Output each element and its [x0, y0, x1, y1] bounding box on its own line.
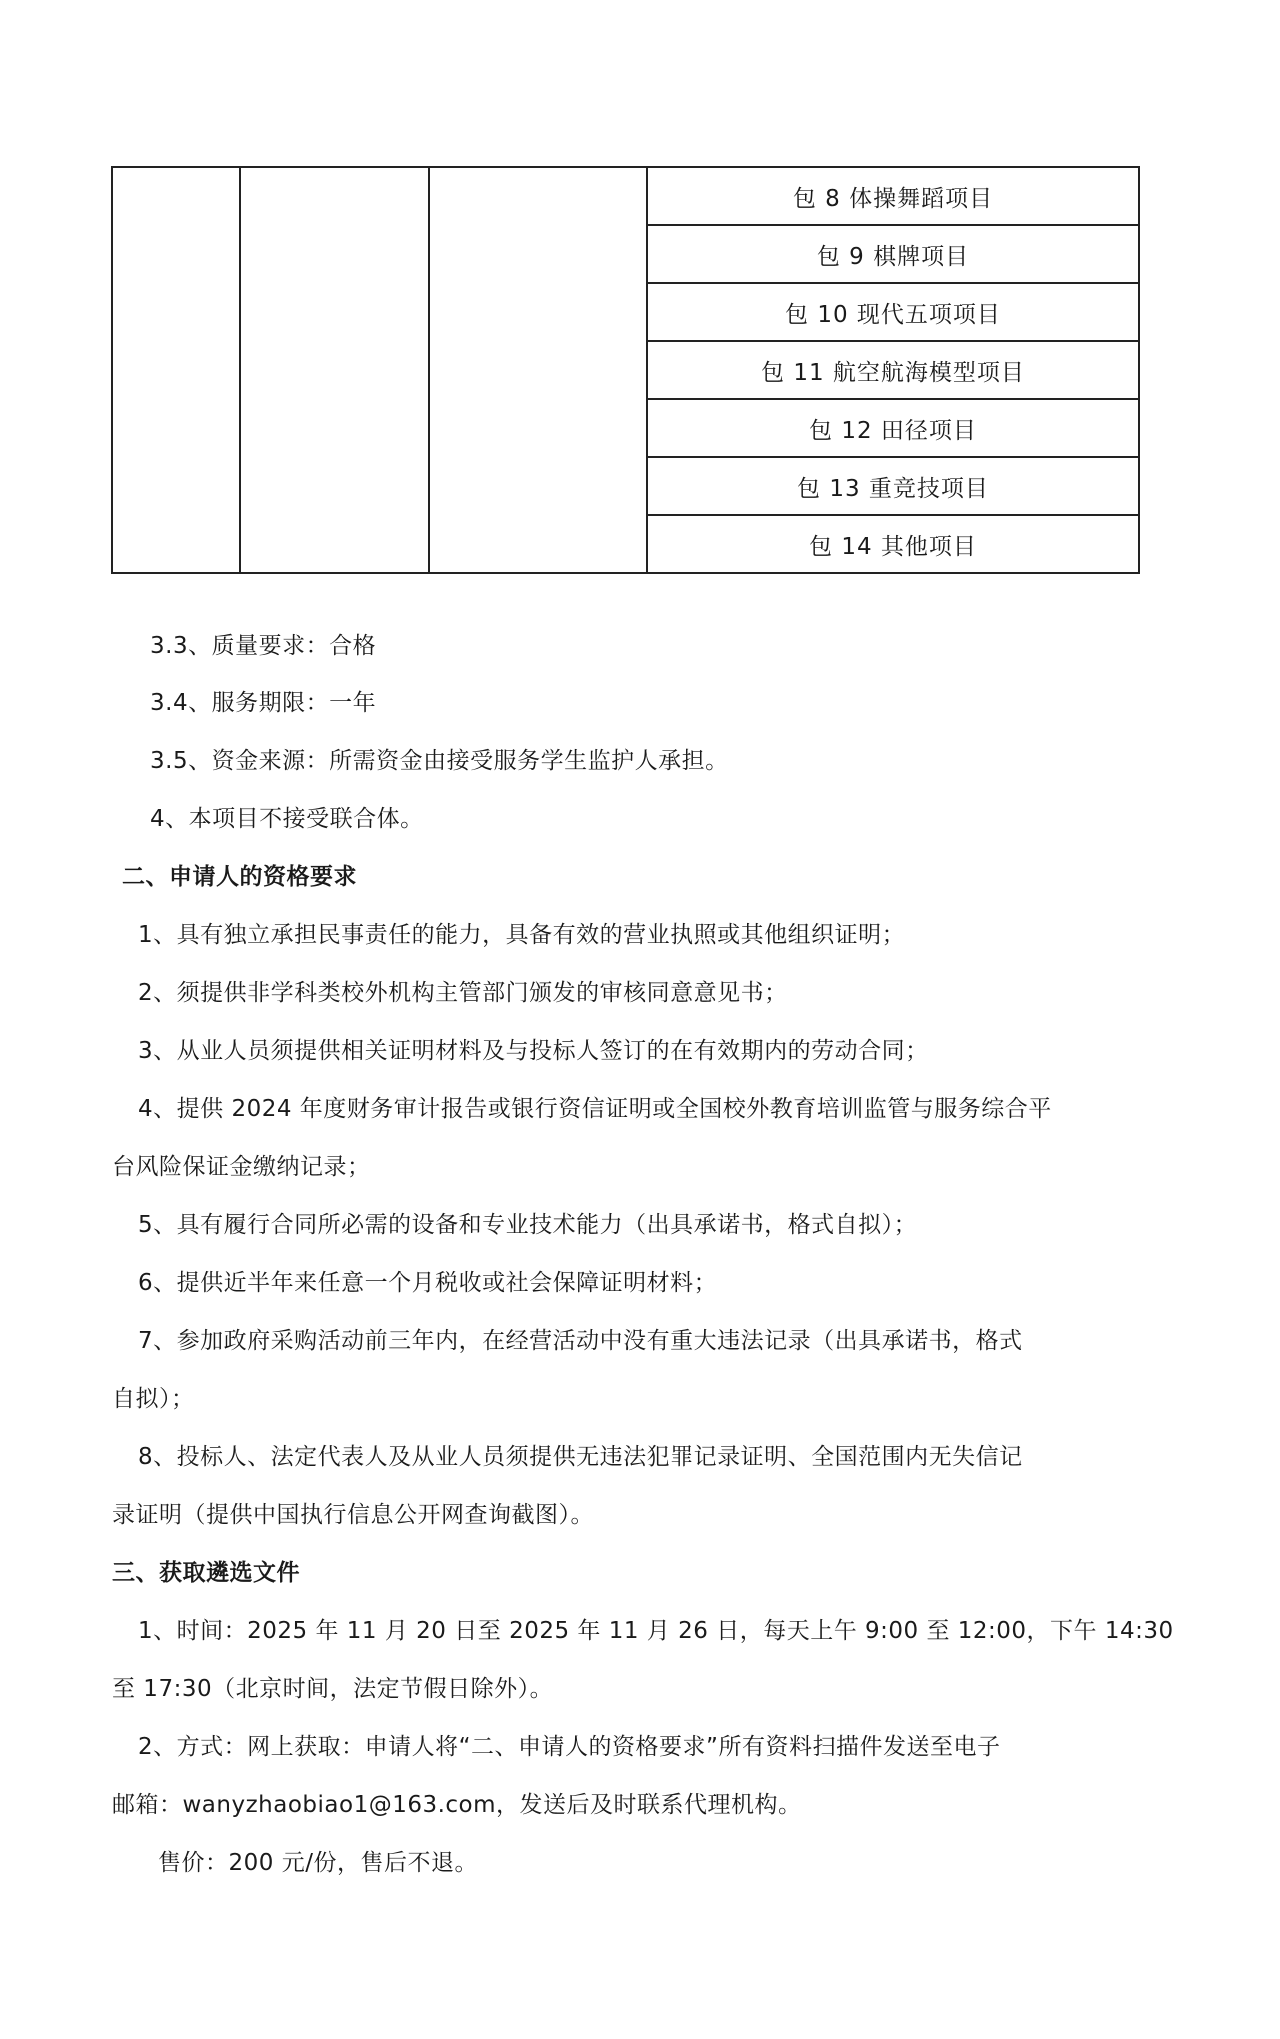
table-cell-empty	[112, 167, 240, 573]
obtain-method-email: 邮箱：wanyzhaobiao1@163.com，发送后及时联系代理机构。	[112, 1786, 802, 1819]
table-cell-empty	[429, 167, 647, 573]
requirement-1: 1、具有独立承担民事责任的能力，具备有效的营业执照或其他组织证明；	[138, 916, 905, 949]
table-cell-empty	[240, 167, 429, 573]
requirement-8-cont: 录证明（提供中国执行信息公开网查询截图）。	[112, 1496, 594, 1529]
package-cell: 包 10 现代五项项目	[647, 283, 1139, 341]
funding-source: 3.5、资金来源：所需资金由接受服务学生监护人承担。	[150, 742, 729, 775]
requirement-2: 2、须提供非学科类校外机构主管部门颁发的审核同意意见书；	[138, 974, 788, 1007]
package-cell: 包 9 棋牌项目	[647, 225, 1139, 283]
requirement-7-cont: 自拟）；	[112, 1380, 195, 1413]
requirement-5: 5、具有履行合同所必需的设备和专业技术能力（出具承诺书，格式自拟）；	[138, 1206, 917, 1239]
package-cell: 包 12 田径项目	[647, 399, 1139, 457]
obtain-method: 2、方式：网上获取：申请人将“二、申请人的资格要求”所有资料扫描件发送至电子	[138, 1728, 1000, 1761]
quality-requirement: 3.3、质量要求：合格	[150, 627, 376, 660]
document-page: 包 8 体操舞蹈项目 包 9 棋牌项目 包 10 现代五项项目 包 11 航空航…	[0, 0, 1280, 2039]
table-row: 包 8 体操舞蹈项目	[112, 167, 1139, 225]
obtain-time: 1、时间：2025 年 11 月 20 日至 2025 年 11 月 26 日，…	[138, 1612, 1174, 1645]
section-heading-obtain-documents: 三、获取遴选文件	[112, 1554, 300, 1587]
requirement-6: 6、提供近半年来任意一个月税收或社会保障证明材料；	[138, 1264, 717, 1297]
package-table: 包 8 体操舞蹈项目 包 9 棋牌项目 包 10 现代五项项目 包 11 航空航…	[111, 166, 1140, 574]
package-cell: 包 11 航空航海模型项目	[647, 341, 1139, 399]
package-cell: 包 13 重竞技项目	[647, 457, 1139, 515]
obtain-time-cont: 至 17:30（北京时间，法定节假日除外）。	[112, 1670, 553, 1703]
package-cell: 包 14 其他项目	[647, 515, 1139, 573]
consortium-note: 4、本项目不接受联合体。	[150, 800, 424, 833]
requirement-8: 8、投标人、法定代表人及从业人员须提供无违法犯罪记录证明、全国范围内无失信记	[138, 1438, 1023, 1471]
requirement-7: 7、参加政府采购活动前三年内，在经营活动中没有重大违法记录（出具承诺书，格式	[138, 1322, 1023, 1355]
requirement-3: 3、从业人员须提供相关证明材料及与投标人签订的在有效期内的劳动合同；	[138, 1032, 929, 1065]
package-cell: 包 8 体操舞蹈项目	[647, 167, 1139, 225]
section-heading-qualifications: 二、申请人的资格要求	[122, 858, 357, 891]
document-price: 售价：200 元/份，售后不退。	[158, 1844, 478, 1877]
service-period: 3.4、服务期限：一年	[150, 684, 376, 717]
requirement-4: 4、提供 2024 年度财务审计报告或银行资信证明或全国校外教育培训监管与服务综…	[138, 1090, 1052, 1123]
requirement-4-cont: 台风险保证金缴纳记录；	[112, 1148, 371, 1181]
